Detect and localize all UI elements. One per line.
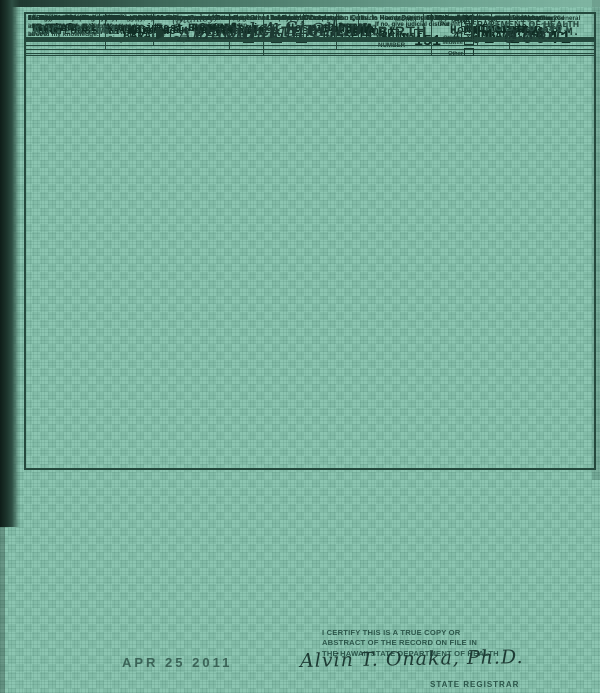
state-registrar-signature: Alvin T. Onaka, Ph.D. bbox=[300, 646, 524, 672]
state-registrar-title: STATE REGISTRAR bbox=[430, 680, 519, 689]
checkbox-other-19 bbox=[464, 48, 474, 56]
signature-arrow-icon bbox=[156, 27, 165, 37]
certificate-scan: STATE OF HAWAII CERTIFICATE OF LIVE BIRT… bbox=[0, 0, 600, 693]
received-date-stamp: APR 25 2011 bbox=[122, 655, 232, 670]
birth-certificate-form: STATE OF HAWAII CERTIFICATE OF LIVE BIRT… bbox=[24, 12, 596, 470]
scan-binding-tail bbox=[0, 527, 5, 693]
scan-top-edge bbox=[0, 0, 600, 7]
scan-binding-edge bbox=[0, 0, 20, 527]
field-delayed-filing: 23.Evidence for Delayed Filing or Altera… bbox=[26, 14, 594, 25]
